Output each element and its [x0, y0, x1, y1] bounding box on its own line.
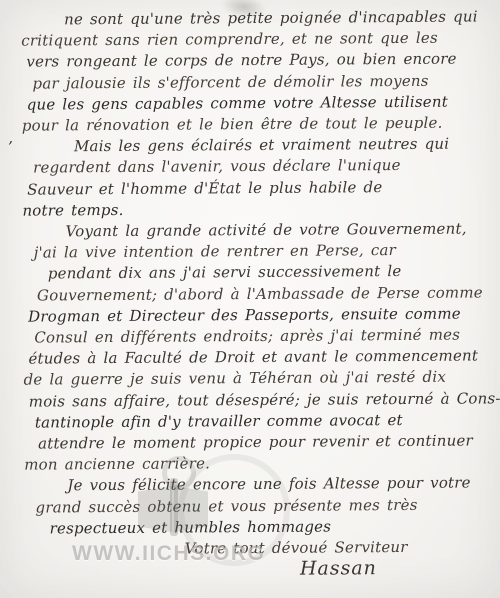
- letter-line: grand succès obtenu et vous présente mes…: [35, 494, 500, 518]
- letter-line: Consul en différents endroits; après j'a…: [34, 324, 500, 348]
- letter-line: critiquent sans rien comprendre, et ne s…: [21, 28, 489, 52]
- letter-line: regardent dans l'avenir, vous déclare l'…: [33, 155, 500, 179]
- watermark-text: WWW.IICHS.ORG: [72, 542, 265, 566]
- letter-line: par jalousie ils s'efforcent de démolir …: [32, 70, 500, 94]
- letter-page: ’ ne sont qu'une très petite poignée d'i…: [0, 0, 500, 598]
- letter-line: Mais les gens éclairés et vraiment neutr…: [74, 133, 500, 157]
- letter-line: Je vous félicite encore une fois Altesse…: [67, 473, 497, 497]
- letter-line: mon ancienne carrière.: [24, 452, 492, 476]
- letter-line: Gouvernement; d'abord à l'Ambassade de P…: [37, 282, 500, 306]
- letter-line: Voyant la grande activité de votre Gouve…: [65, 218, 495, 242]
- letter-line: j'ai la vive intention de rentrer en Per…: [34, 240, 500, 264]
- letter-body: ne sont qu'une très petite poignée d'inc…: [10, 6, 498, 582]
- letter-line: notre temps.: [22, 197, 490, 221]
- signature: Hassan: [300, 558, 498, 581]
- letter-line: ne sont qu'une très petite poignée d'inc…: [64, 6, 494, 30]
- letter-line: de la guerre je suis venu à Téhéran où j…: [24, 367, 492, 391]
